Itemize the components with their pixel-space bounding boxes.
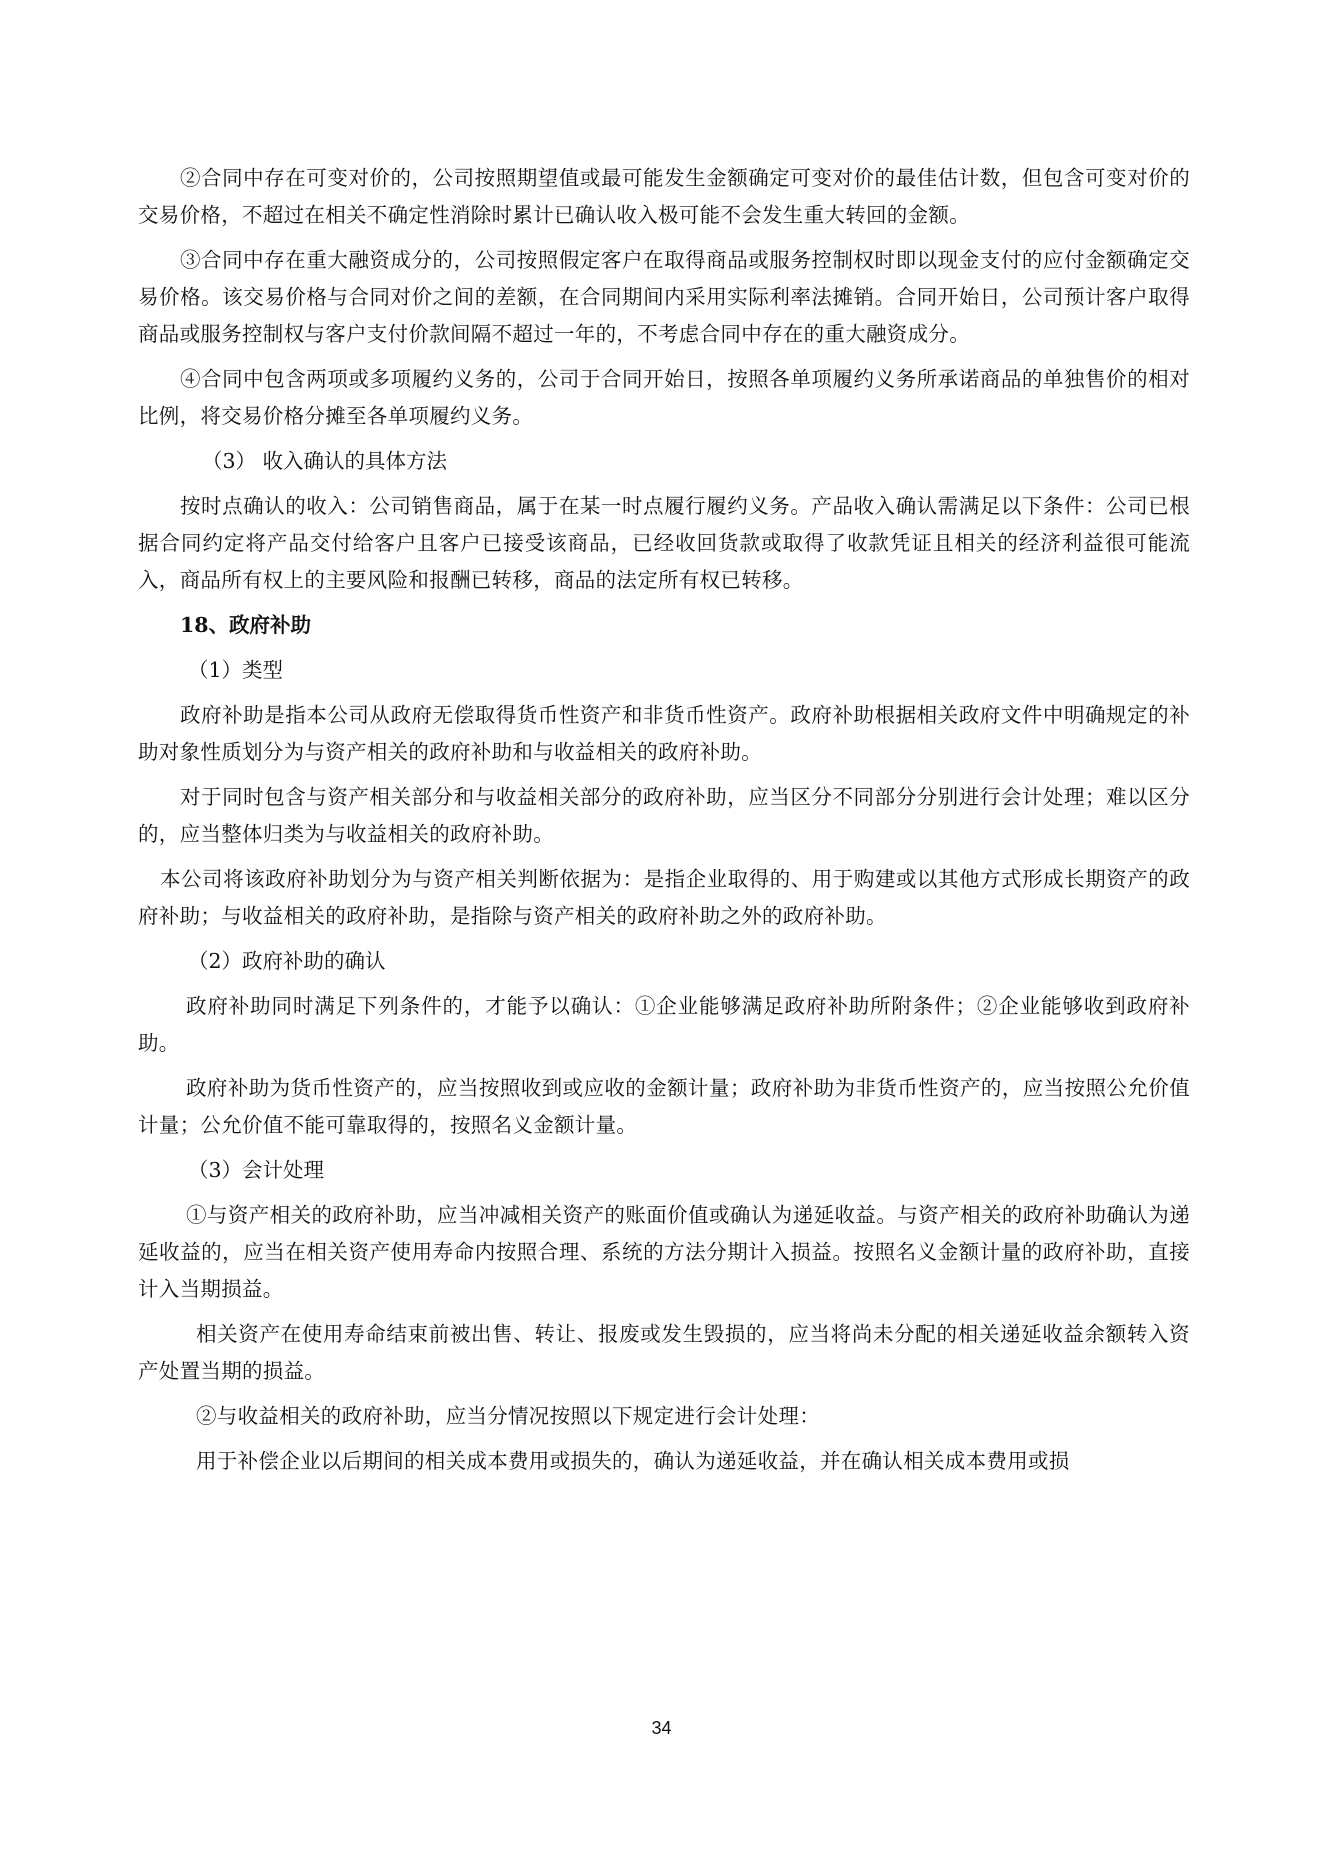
paragraph-measurement: 政府补助为货币性资产的，应当按照收到或应收的金额计量；政府补助为非货币性资产的，… (138, 1070, 1190, 1144)
paragraph-future-cost-compensation: 用于补偿企业以后期间的相关成本费用或损失的，确认为递延收益，并在确认相关成本费用… (138, 1443, 1190, 1480)
paragraph-grant-definition: 政府补助是指本公司从政府无偿取得货币性资产和非货币性资产。政府补助根据相关政府文… (138, 697, 1190, 771)
subheading-recognition: （2）政府补助的确认 (138, 943, 1190, 980)
paragraph-point-in-time-revenue: 按时点确认的收入：公司销售商品，属于在某一时点履行履约义务。产品收入确认需满足以… (138, 488, 1190, 599)
paragraph-mixed-grants: 对于同时包含与资产相关部分和与收益相关部分的政府补助，应当区分不同部分分别进行会… (138, 779, 1190, 853)
document-page: ②合同中存在可变对价的，公司按照期望值或最可能发生金额确定可变对价的最佳估计数，… (138, 160, 1190, 1488)
paragraph-asset-related-basis: 本公司将该政府补助划分为与资产相关判断依据为：是指企业取得的、用于购建或以其他方… (138, 861, 1190, 935)
subheading-accounting-treatment: （3）会计处理 (138, 1152, 1190, 1189)
section-heading-government-grants: 18、政府补助 (138, 607, 1190, 644)
page-number: 34 (0, 1718, 1323, 1739)
paragraph-recognition-conditions: 政府补助同时满足下列条件的，才能予以确认：①企业能够满足政府补助所附条件；②企业… (138, 988, 1190, 1062)
paragraph-disposal-before-end: 相关资产在使用寿命结束前被出售、转让、报废或发生毁损的，应当将尚未分配的相关递延… (138, 1316, 1190, 1390)
paragraph-multiple-obligations: ④合同中包含两项或多项履约义务的，公司于合同开始日，按照各单项履约义务所承诺商品… (138, 361, 1190, 435)
subheading-types: （1）类型 (138, 652, 1190, 689)
subheading-revenue-method: （3） 收入确认的具体方法 (138, 443, 1190, 480)
paragraph-income-related-intro: ②与收益相关的政府补助，应当分情况按照以下规定进行会计处理： (138, 1398, 1190, 1435)
paragraph-asset-related-treatment: ①与资产相关的政府补助，应当冲减相关资产的账面价值或确认为递延收益。与资产相关的… (138, 1197, 1190, 1308)
paragraph-variable-consideration: ②合同中存在可变对价的，公司按照期望值或最可能发生金额确定可变对价的最佳估计数，… (138, 160, 1190, 234)
paragraph-financing-component: ③合同中存在重大融资成分的，公司按照假定客户在取得商品或服务控制权时即以现金支付… (138, 242, 1190, 353)
